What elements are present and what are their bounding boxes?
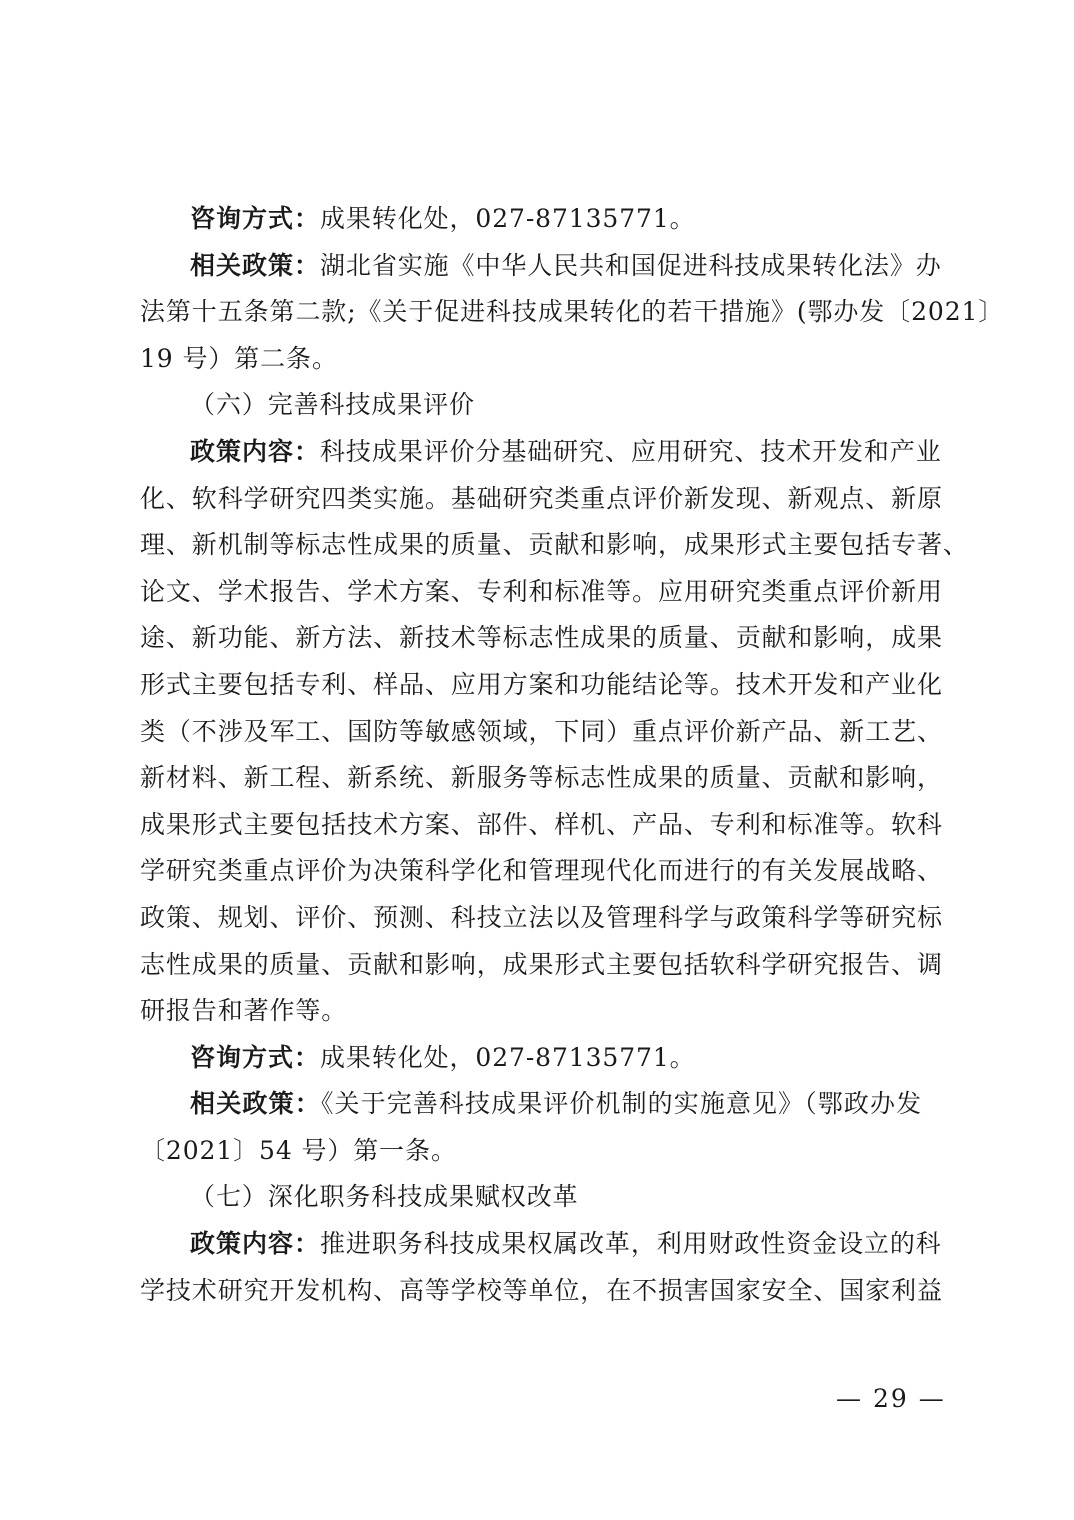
text-line: 研报告和著作等。 <box>140 988 922 1035</box>
line-text: 形式主要包括专利、样品、应用方案和功能结论等。技术开发和产业化 <box>140 670 943 699</box>
line-text: 类（不涉及军工、国防等敏感领域，下同）重点评价新产品、新工艺、 <box>140 717 943 746</box>
line-text: 论文、学术报告、学术方案、专利和标准等。应用研究类重点评价新用 <box>140 577 943 606</box>
text-line: 政策、规划、评价、预测、科技立法以及管理科学与政策科学等研究标 <box>140 895 922 942</box>
line-text: 理、新机制等标志性成果的质量、贡献和影响，成果形式主要包括专著、 <box>140 530 969 559</box>
line-text: 研报告和著作等。 <box>140 996 347 1025</box>
text-line: （六）完善科技成果评价 <box>140 382 922 429</box>
text-line: 志性成果的质量、贡献和影响，成果形式主要包括软科学研究报告、调 <box>140 942 922 989</box>
text-line: （七）深化职务科技成果赋权改革 <box>140 1174 922 1221</box>
line-text: 学技术研究开发机构、高等学校等单位，在不损害国家安全、国家利益 <box>140 1276 943 1305</box>
line-text: 新材料、新工程、新系统、新服务等标志性成果的质量、贡献和影响， <box>140 763 943 792</box>
line-text: （七）深化职务科技成果赋权改革 <box>190 1182 579 1211</box>
text-line: 咨询方式：成果转化处，027-87135771。 <box>140 196 922 243</box>
text-line: 19 号）第二条。 <box>140 336 922 383</box>
line-text: 湖北省实施《中华人民共和国促进科技成果转化法》办 <box>320 251 942 280</box>
text-line: 政策内容：推进职务科技成果权属改革，利用财政性资金设立的科 <box>140 1221 922 1268</box>
text-line: 新材料、新工程、新系统、新服务等标志性成果的质量、贡献和影响， <box>140 755 922 802</box>
text-line: 论文、学术报告、学术方案、专利和标准等。应用研究类重点评价新用 <box>140 569 922 616</box>
line-text: 法第十五条第二款;《关于促进科技成果转化的若干措施》(鄂办发〔2021〕 <box>140 297 1004 326</box>
field-label: 相关政策： <box>190 251 320 280</box>
line-text: 志性成果的质量、贡献和影响，成果形式主要包括软科学研究报告、调 <box>140 950 943 979</box>
text-line: 形式主要包括专利、样品、应用方案和功能结论等。技术开发和产业化 <box>140 662 922 709</box>
text-line: 法第十五条第二款;《关于促进科技成果转化的若干措施》(鄂办发〔2021〕 <box>140 289 922 336</box>
line-text: 成果转化处，027-87135771。 <box>320 204 696 233</box>
text-line: 学技术研究开发机构、高等学校等单位，在不损害国家安全、国家利益 <box>140 1268 922 1315</box>
field-label: 咨询方式： <box>190 204 320 233</box>
line-text: 学研究类重点评价为决策科学化和管理现代化而进行的有关发展战略、 <box>140 856 943 885</box>
text-line: 理、新机制等标志性成果的质量、贡献和影响，成果形式主要包括专著、 <box>140 522 922 569</box>
text-line: 咨询方式：成果转化处，027-87135771。 <box>140 1035 922 1082</box>
text-line: 政策内容：科技成果评价分基础研究、应用研究、技术开发和产业 <box>140 429 922 476</box>
text-line: 途、新功能、新方法、新技术等标志性成果的质量、贡献和影响，成果 <box>140 615 922 662</box>
text-line: 〔2021〕54 号）第一条。 <box>140 1128 922 1175</box>
text-line: 类（不涉及军工、国防等敏感领域，下同）重点评价新产品、新工艺、 <box>140 709 922 756</box>
text-line: 学研究类重点评价为决策科学化和管理现代化而进行的有关发展战略、 <box>140 848 922 895</box>
line-text: 成果形式主要包括技术方案、部件、样机、产品、专利和标准等。软科 <box>140 810 943 839</box>
line-text: 推进职务科技成果权属改革，利用财政性资金设立的科 <box>320 1229 942 1258</box>
line-text: （六）完善科技成果评价 <box>190 390 475 419</box>
text-line: 相关政策：《关于完善科技成果评价机制的实施意见》（鄂政办发 <box>140 1081 922 1128</box>
line-text: 途、新功能、新方法、新技术等标志性成果的质量、贡献和影响，成果 <box>140 623 943 652</box>
text-line: 相关政策：湖北省实施《中华人民共和国促进科技成果转化法》办 <box>140 243 922 290</box>
line-text: 科技成果评价分基础研究、应用研究、技术开发和产业 <box>320 437 942 466</box>
field-label: 相关政策： <box>190 1089 321 1118</box>
line-text: 〔2021〕54 号）第一条。 <box>140 1136 457 1165</box>
line-text: 成果转化处，027-87135771。 <box>320 1043 696 1072</box>
line-text: 《关于完善科技成果评价机制的实施意见》（鄂政办发 <box>321 1089 922 1118</box>
field-label: 咨询方式： <box>190 1043 320 1072</box>
field-label: 政策内容： <box>190 437 320 466</box>
field-label: 政策内容： <box>190 1229 320 1258</box>
text-line: 化、软科学研究四类实施。基础研究类重点评价新发现、新观点、新原 <box>140 476 922 523</box>
document-body: 咨询方式：成果转化处，027-87135771。相关政策：湖北省实施《中华人民共… <box>140 196 922 1314</box>
page-number: — 29 — <box>836 1384 946 1413</box>
line-text: 政策、规划、评价、预测、科技立法以及管理科学与政策科学等研究标 <box>140 903 943 932</box>
text-line: 成果形式主要包括技术方案、部件、样机、产品、专利和标准等。软科 <box>140 802 922 849</box>
line-text: 化、软科学研究四类实施。基础研究类重点评价新发现、新观点、新原 <box>140 484 943 513</box>
line-text: 19 号）第二条。 <box>140 344 338 373</box>
